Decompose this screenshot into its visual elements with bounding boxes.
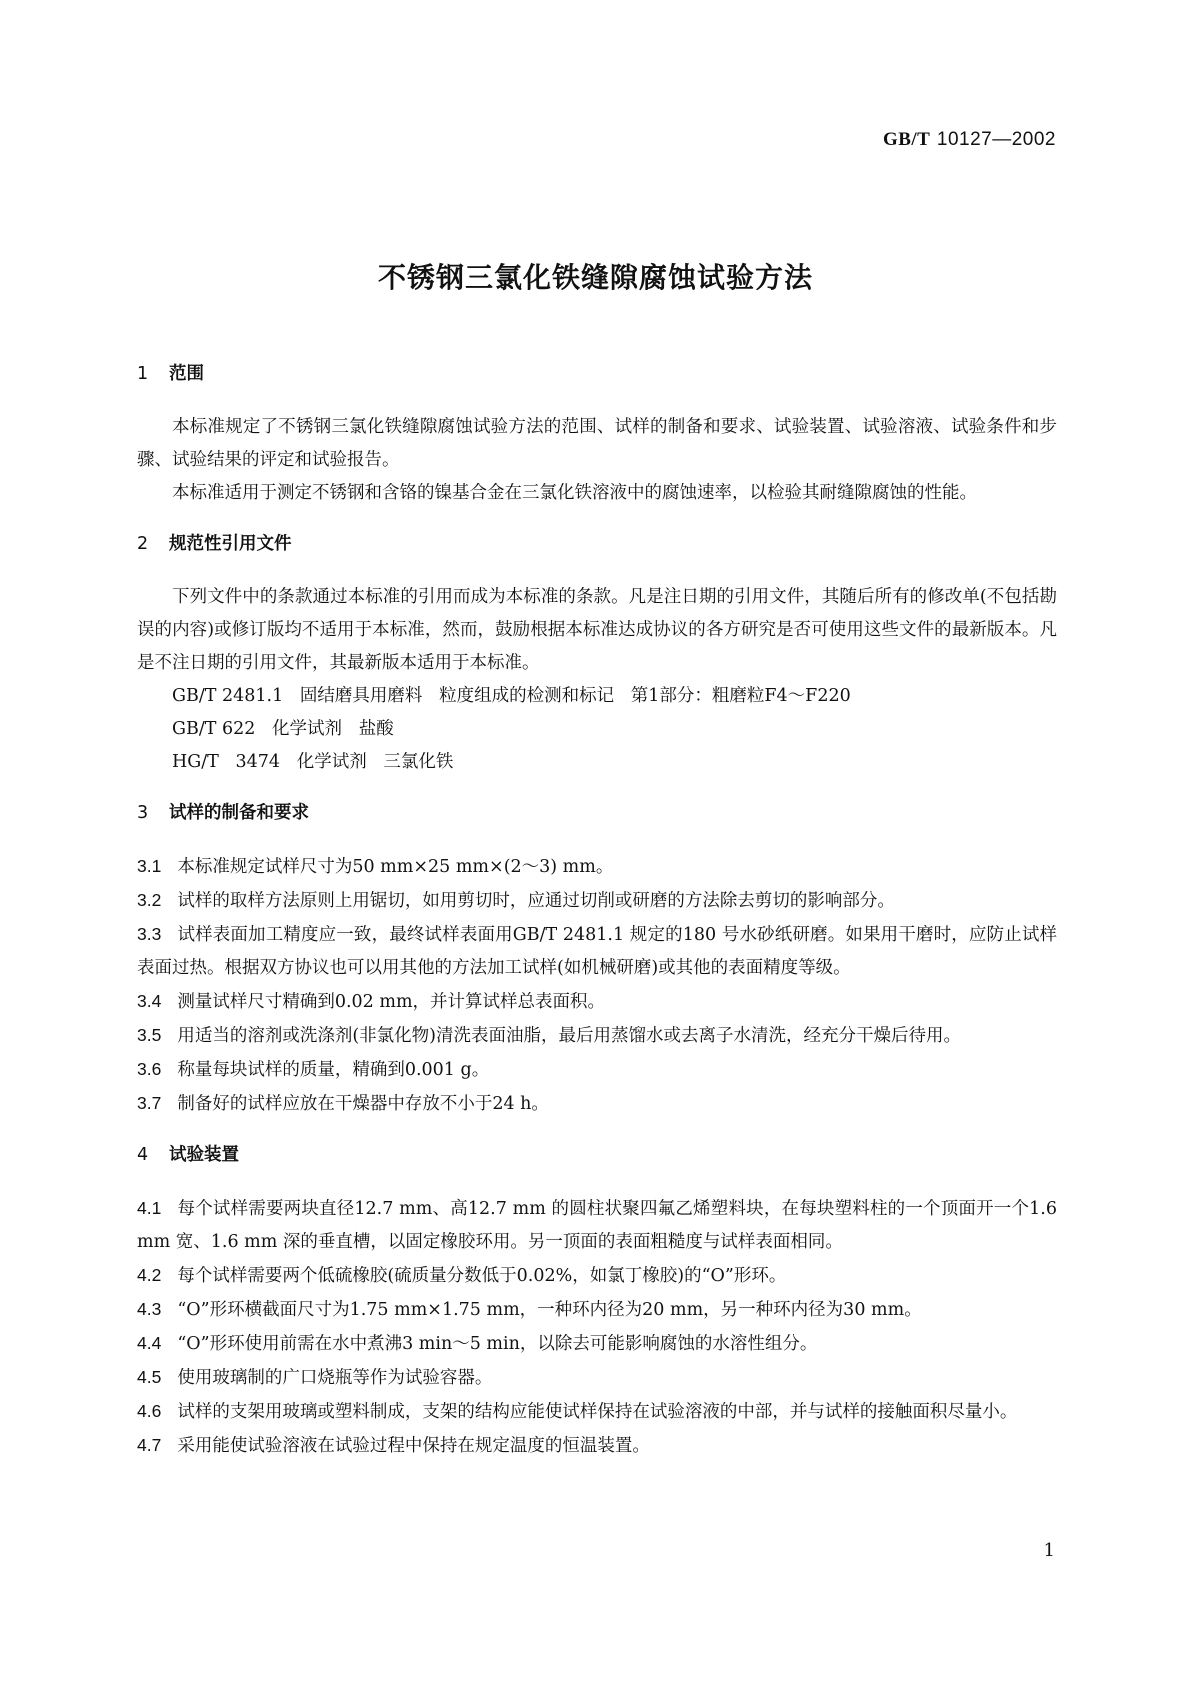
- clause-text: 测量试样尺寸精确到0.02 mm，并计算试样总表面积。: [177, 992, 605, 1012]
- clause-text: 每个试样需要两个低硫橡胶(硫质量分数低于0.02%，如氯丁橡胶)的“O”形环。: [177, 1266, 786, 1286]
- document-title: 不锈钢三氯化铁缝隙腐蚀试验方法: [0, 256, 1191, 296]
- standard-number: 10127—2002: [937, 129, 1056, 150]
- section-scope: 1 范围 本标准规定了不锈钢三氯化铁缝隙腐蚀试验方法的范围、试样的制备和要求、试…: [137, 358, 1057, 510]
- section-normative-references: 2 规范性引用文件 下列文件中的条款通过本标准的引用而成为本标准的条款。凡是注日…: [137, 528, 1057, 779]
- clause-text: 使用玻璃制的广口烧瓶等作为试验容器。: [177, 1368, 492, 1388]
- clause-number: 3.2: [137, 890, 161, 910]
- clause-number: 4.7: [137, 1435, 161, 1455]
- clause: 4.1每个试样需要两块直径12.7 mm、高12.7 mm 的圆柱状聚四氟乙烯塑…: [137, 1192, 1057, 1259]
- clause: 4.6试样的支架用玻璃或塑料制成，支架的结构应能使试样保持在试验溶液的中部，并与…: [137, 1395, 1057, 1429]
- clause-number: 3.6: [137, 1059, 161, 1079]
- clause: 3.5用适当的溶剂或洗涤剂(非氯化物)清洗表面油脂，最后用蒸馏水或去离子水清洗，…: [137, 1019, 1057, 1053]
- clause-text: “O”形环横截面尺寸为1.75 mm×1.75 mm，一种环内径为20 mm，另…: [177, 1300, 921, 1320]
- clause: 4.4“O”形环使用前需在水中煮沸3 min～5 min，以除去可能影响腐蚀的水…: [137, 1327, 1057, 1361]
- clause-number: 4.5: [137, 1367, 161, 1387]
- clause: 4.5使用玻璃制的广口烧瓶等作为试验容器。: [137, 1361, 1057, 1395]
- document-body: 1 范围 本标准规定了不锈钢三氯化铁缝隙腐蚀试验方法的范围、试样的制备和要求、试…: [137, 358, 1057, 1481]
- reference-item: GB/T 2481.1 固结磨具用磨料 粒度组成的检测和标记 第1部分：粗磨粒F…: [137, 680, 1057, 713]
- clause-text: 本标准规定试样尺寸为50 mm×25 mm×(2～3) mm。: [177, 857, 613, 877]
- clause: 4.3“O”形环横截面尺寸为1.75 mm×1.75 mm，一种环内径为20 m…: [137, 1293, 1057, 1327]
- clause-number: 3.7: [137, 1093, 161, 1113]
- clause: 3.6称量每块试样的质量，精确到0.001 g。: [137, 1053, 1057, 1087]
- page-number: 1: [1044, 1540, 1055, 1561]
- section-specimen-preparation: 3 试样的制备和要求 3.1本标准规定试样尺寸为50 mm×25 mm×(2～3…: [137, 797, 1057, 1121]
- clause-number: 4.1: [137, 1198, 161, 1218]
- clause: 4.2每个试样需要两个低硫橡胶(硫质量分数低于0.02%，如氯丁橡胶)的“O”形…: [137, 1259, 1057, 1293]
- clause: 3.7制备好的试样应放在干燥器中存放不小于24 h。: [137, 1087, 1057, 1121]
- reference-item: GB/T 622 化学试剂 盐酸: [137, 713, 1057, 746]
- clause-text: 每个试样需要两块直径12.7 mm、高12.7 mm 的圆柱状聚四氟乙烯塑料块，…: [137, 1199, 1057, 1252]
- section-heading: 3 试样的制备和要求: [137, 797, 1057, 830]
- clause-number: 3.5: [137, 1025, 161, 1045]
- section-test-apparatus: 4 试验装置 4.1每个试样需要两块直径12.7 mm、高12.7 mm 的圆柱…: [137, 1139, 1057, 1463]
- paragraph: 本标准规定了不锈钢三氯化铁缝隙腐蚀试验方法的范围、试样的制备和要求、试验装置、试…: [137, 411, 1057, 477]
- paragraph: 下列文件中的条款通过本标准的引用而成为本标准的条款。凡是注日期的引用文件，其随后…: [137, 581, 1057, 680]
- clause-text: “O”形环使用前需在水中煮沸3 min～5 min，以除去可能影响腐蚀的水溶性组…: [177, 1334, 817, 1354]
- reference-item: HG/T 3474 化学试剂 三氯化铁: [137, 746, 1057, 779]
- clause-text: 试样的取样方法原则上用锯切，如用剪切时，应通过切削或研磨的方法除去剪切的影响部分…: [177, 891, 895, 911]
- clause-number: 3.1: [137, 856, 161, 876]
- standard-code: GB/T 10127—2002: [883, 128, 1056, 151]
- clause-text: 称量每块试样的质量，精确到0.001 g。: [177, 1060, 489, 1080]
- clause-number: 4.4: [137, 1333, 161, 1353]
- clause-text: 制备好的试样应放在干燥器中存放不小于24 h。: [177, 1094, 549, 1114]
- clause: 3.1本标准规定试样尺寸为50 mm×25 mm×(2～3) mm。: [137, 850, 1057, 884]
- section-heading: 4 试验装置: [137, 1139, 1057, 1172]
- clause-number: 4.6: [137, 1401, 161, 1421]
- clause-text: 试样表面加工精度应一致，最终试样表面用GB/T 2481.1 规定的180 号水…: [137, 925, 1057, 978]
- clause-number: 3.4: [137, 991, 161, 1011]
- clause-text: 用适当的溶剂或洗涤剂(非氯化物)清洗表面油脂，最后用蒸馏水或去离子水清洗，经充分…: [177, 1026, 961, 1046]
- clause: 4.7采用能使试验溶液在试验过程中保持在规定温度的恒温装置。: [137, 1429, 1057, 1463]
- clause: 3.3试样表面加工精度应一致，最终试样表面用GB/T 2481.1 规定的180…: [137, 918, 1057, 985]
- clause-text: 采用能使试验溶液在试验过程中保持在规定温度的恒温装置。: [177, 1436, 650, 1456]
- section-number: 4: [137, 1139, 149, 1172]
- clause-number: 4.2: [137, 1265, 161, 1285]
- standard-prefix: GB/T: [883, 129, 930, 150]
- clause-number: 4.3: [137, 1299, 161, 1319]
- paragraph: 本标准适用于测定不锈钢和含铬的镍基合金在三氯化铁溶液中的腐蚀速率，以检验其耐缝隙…: [137, 477, 1057, 510]
- document-page: GB/T 10127—2002 不锈钢三氯化铁缝隙腐蚀试验方法 1 范围 本标准…: [0, 0, 1191, 1684]
- section-heading: 1 范围: [137, 358, 1057, 391]
- clause-text: 试样的支架用玻璃或塑料制成，支架的结构应能使试样保持在试验溶液的中部，并与试样的…: [177, 1402, 1017, 1422]
- section-title: 试验装置: [169, 1139, 239, 1172]
- section-title: 试样的制备和要求: [169, 797, 309, 830]
- section-title: 范围: [169, 358, 204, 391]
- clause: 3.4测量试样尺寸精确到0.02 mm，并计算试样总表面积。: [137, 985, 1057, 1019]
- clause-number: 3.3: [137, 924, 161, 944]
- section-heading: 2 规范性引用文件: [137, 528, 1057, 561]
- section-number: 2: [137, 528, 149, 561]
- section-number: 1: [137, 358, 149, 391]
- section-title: 规范性引用文件: [169, 528, 292, 561]
- clause: 3.2试样的取样方法原则上用锯切，如用剪切时，应通过切削或研磨的方法除去剪切的影…: [137, 884, 1057, 918]
- section-number: 3: [137, 797, 149, 830]
